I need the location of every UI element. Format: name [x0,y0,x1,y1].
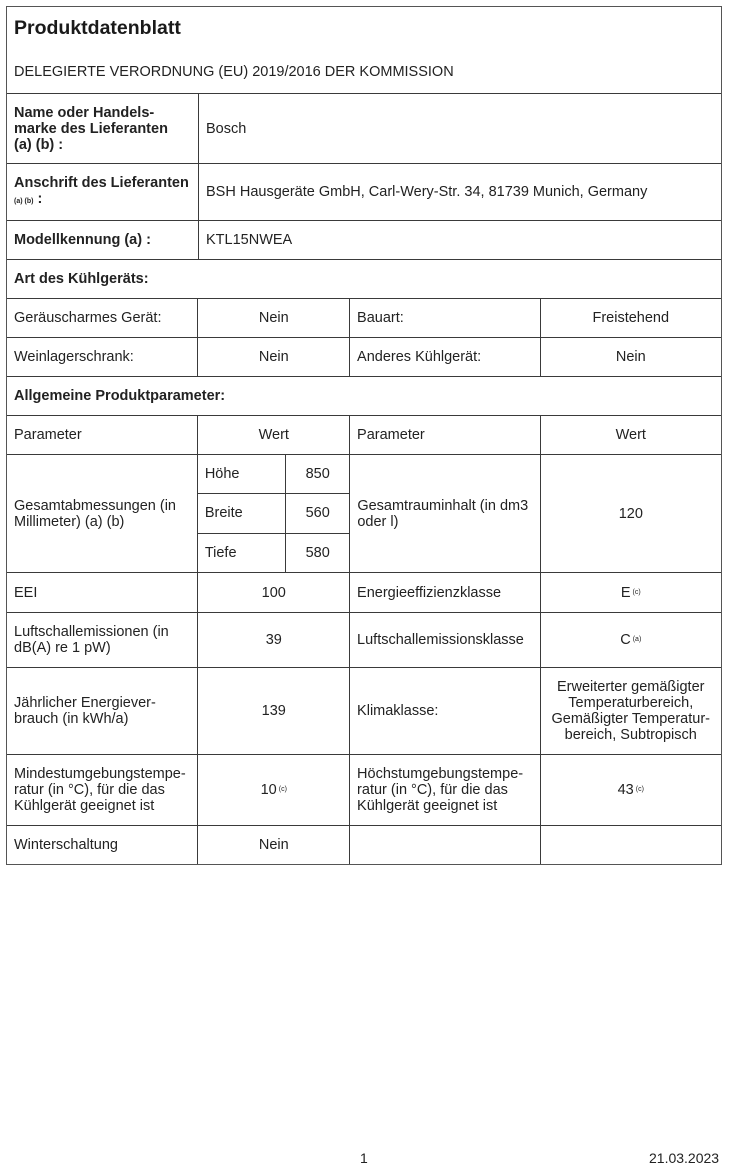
colon: : [37,191,42,207]
other-appliance-label: Anderes Kühlgerät: [349,338,539,376]
energy-consumption-label: Jährlicher Energiever- brauch (in kWh/a) [7,668,197,754]
label-line: ratur (in °C), für die das [357,782,523,798]
winter-switch-row: Winterschaltung Nein [7,825,721,864]
climate-class-value: Erweiterter gemäßigter Temperaturbereich… [540,668,721,754]
product-data-sheet: Produktdatenblatt DELEGIERTE VERORDNUNG … [6,6,722,865]
depth-value: 580 [285,534,350,572]
label-line: Anschrift des Lieferanten [14,175,189,191]
volume-label: Gesamtrauminhalt (in dm3 oder l) [349,455,539,572]
appliance-type-heading: Art des Kühlgeräts: [7,260,721,298]
noise-label: Luftschallemissionen (in dB(A) re 1 pW) [7,613,197,667]
label-line: Name oder Handels- [14,105,168,121]
low-noise-value: Nein [197,299,349,337]
noise-row: Luftschallemissionen (in dB(A) re 1 pW) … [7,612,721,667]
supplier-name-value: Bosch [198,94,721,163]
energy-consumption-row: Jährlicher Energiever- brauch (in kWh/a)… [7,667,721,754]
width-value: 560 [285,494,350,532]
column-header-parameter: Parameter [349,416,539,454]
min-temp-value: 10(c) [197,755,349,825]
column-header-value: Wert [540,416,721,454]
label-line: Jährlicher Energiever- [14,695,156,711]
energy-class-value: E(c) [540,573,721,612]
value-line: Temperaturbereich, [552,695,710,711]
min-temp-number: 10 [261,782,277,798]
footnote-ref: (a) [633,632,642,648]
dimension-height: Höhe 850 [198,455,350,493]
dimensions-row: Gesamtabmessungen (in Millimeter) (a) (b… [7,454,721,572]
label-line: Höchstumgebungstempe- [357,766,523,782]
label-line: (a) (b) : [14,137,168,153]
climate-class-label: Klimaklasse: [349,668,539,754]
page-title: Produktdatenblatt [14,17,181,40]
label-line: ratur (in °C), für die das [14,782,186,798]
height-value: 850 [285,455,350,493]
value-line: Erweiterter gemäßigter [552,679,710,695]
supplier-address-value: BSH Hausgeräte GmbH, Carl-Wery-Str. 34, … [198,164,721,220]
supplier-name-label: Name oder Handels- marke des Lieferanten… [7,94,198,163]
value-line: bereich, Subtropisch [552,727,710,743]
footnote-ref: (c) [633,585,641,601]
model-label: Modellkennung (a) : [7,221,198,259]
model-value: KTL15NWEA [198,221,721,259]
column-header-parameter: Parameter [7,416,197,454]
document-date: 21.03.2023 [649,1150,719,1166]
low-noise-label: Geräuscharmes Gerät: [7,299,197,337]
width-label: Breite [198,494,285,532]
supplier-name-row: Name oder Handels- marke des Lieferanten… [7,93,721,163]
label-line: marke des Lieferanten [14,121,168,137]
winter-switch-label: Winterschaltung [7,826,197,864]
empty-cell [540,826,721,864]
eei-row: EEI 100 Energieeffizienzklasse E(c) [7,572,721,612]
max-temp-label: Höchstumgebungstempe- ratur (in °C), für… [349,755,539,825]
label-line: Kühlgerät geeignet ist [14,798,186,814]
column-header-value: Wert [197,416,349,454]
label-line: (a) (b) : [14,191,189,210]
energy-class-letter: E [621,585,631,601]
energy-consumption-value: 139 [197,668,349,754]
supplier-address-label: Anschrift des Lieferanten (a) (b) : [7,164,198,220]
footnote-ref: (c) [636,782,644,798]
max-temp-number: 43 [618,782,634,798]
eei-value: 100 [197,573,349,612]
noise-class-value: C(a) [540,613,721,667]
label-line: Kühlgerät geeignet ist [357,798,523,814]
height-label: Höhe [198,455,285,493]
footnote-ref: (a) (b) [14,198,33,205]
max-temp-value: 43(c) [540,755,721,825]
depth-label: Tiefe [198,534,285,572]
volume-value: 120 [540,455,721,572]
general-parameters-heading-row: Allgemeine Produktparameter: [7,376,721,415]
empty-cell [349,826,539,864]
dimensions-label: Gesamtabmessungen (in Millimeter) (a) (b… [7,455,197,572]
title-block: Produktdatenblatt DELEGIERTE VERORDNUNG … [7,7,721,93]
label-line: Mindestumgebungstempe- [14,766,186,782]
design-type-label: Bauart: [349,299,539,337]
value-line: Gemäßigter Temperatur- [552,711,710,727]
dimensions-values: Höhe 850 Breite 560 Tiefe 580 [197,455,349,572]
appliance-type-row: Geräuscharmes Gerät: Nein Bauart: Freist… [7,298,721,337]
appliance-type-row: Weinlagerschrank: Nein Anderes Kühlgerät… [7,337,721,376]
model-row: Modellkennung (a) : KTL15NWEA [7,220,721,259]
temperature-row: Mindestumgebungstempe- ratur (in °C), fü… [7,754,721,825]
eei-label: EEI [7,573,197,612]
design-type-value: Freistehend [540,299,721,337]
noise-class-label: Luftschallemissionsklasse [349,613,539,667]
other-appliance-value: Nein [540,338,721,376]
wine-storage-label: Weinlagerschrank: [7,338,197,376]
label-line: brauch (in kWh/a) [14,711,156,727]
winter-switch-value: Nein [197,826,349,864]
supplier-address-row: Anschrift des Lieferanten (a) (b) : BSH … [7,163,721,220]
energy-class-label: Energieeffizienzklasse [349,573,539,612]
page-number: 1 [360,1150,368,1166]
general-parameters-heading: Allgemeine Produktparameter: [7,377,721,415]
wine-storage-value: Nein [197,338,349,376]
appliance-type-heading-row: Art des Kühlgeräts: [7,259,721,298]
regulation-subtitle: DELEGIERTE VERORDNUNG (EU) 2019/2016 DER… [14,64,454,80]
parameters-header-row: Parameter Wert Parameter Wert [7,415,721,454]
dimension-depth: Tiefe 580 [198,533,350,572]
footnote-ref: (c) [279,782,287,798]
noise-value: 39 [197,613,349,667]
min-temp-label: Mindestumgebungstempe- ratur (in °C), fü… [7,755,197,825]
dimension-width: Breite 560 [198,493,350,532]
noise-class-letter: C [620,632,630,648]
